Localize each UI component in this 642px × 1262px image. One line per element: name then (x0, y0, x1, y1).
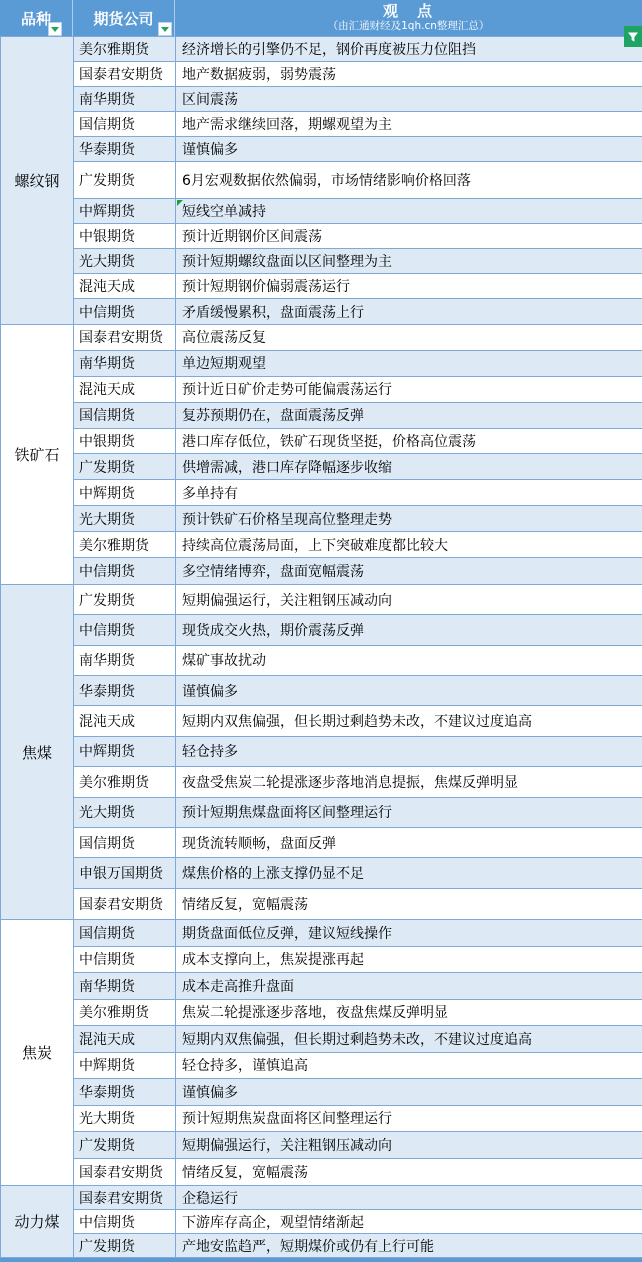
company-cell[interactable]: 华泰期货 (74, 137, 176, 161)
viewpoint-cell[interactable]: 轻仓持多 (176, 737, 642, 766)
table-row: 华泰期货谨慎偏多 (74, 676, 642, 706)
viewpoint-cell[interactable]: 短期内双焦偏强，但长期过剩趋势未改，不建议过度追高 (176, 706, 642, 735)
table-row: 中辉期货轻仓持多，谨慎追高 (74, 1053, 642, 1080)
table-row: 国泰君安期货高位震荡反复 (74, 325, 642, 351)
category-label: 动力煤 (14, 1211, 59, 1232)
table-row: 广发期货6月宏观数据依然偏弱，市场情绪影响价格回落 (74, 162, 642, 199)
viewpoint-cell[interactable]: 成本支撑向上，焦炭提涨再起 (176, 947, 642, 973)
company-cell[interactable]: 美尔雅期货 (74, 37, 176, 61)
table-body: 螺纹钢美尔雅期货经济增长的引擎仍不足，钢价再度被压力位阻挡国泰君安期货地产数据疲… (0, 37, 642, 1258)
chevron-down-icon (161, 27, 169, 32)
viewpoint-cell[interactable]: 预计短期钢价偏弱震荡运行 (176, 274, 642, 298)
company-cell[interactable]: 广发期货 (74, 1132, 176, 1158)
viewpoint-cell[interactable]: 单边短期观望 (176, 351, 642, 376)
company-filter-dropdown-icon[interactable] (158, 22, 172, 36)
viewpoint-cell[interactable]: 多单持有 (176, 480, 642, 505)
table-row: 光大期货预计短期焦煤盘面将区间整理运行 (74, 798, 642, 828)
company-cell[interactable]: 南华期货 (74, 646, 176, 675)
table-row: 华泰期货谨慎偏多 (74, 1079, 642, 1106)
company-cell[interactable]: 中信期货 (74, 558, 176, 584)
company-cell[interactable]: 光大期货 (74, 506, 176, 531)
viewpoint-cell[interactable]: 成本走高推升盘面 (176, 973, 642, 999)
viewpoint-cell[interactable]: 预计短期焦煤盘面将区间整理运行 (176, 798, 642, 827)
viewpoint-cell[interactable]: 轻仓持多，谨慎追高 (176, 1053, 642, 1079)
company-cell[interactable]: 美尔雅期货 (74, 1000, 176, 1026)
company-cell[interactable]: 混沌天成 (74, 706, 176, 735)
company-cell[interactable]: 光大期货 (74, 798, 176, 827)
table-row: 光大期货预计短期螺纹盘面以区间整理为主 (74, 249, 642, 274)
table-row: 中信期货下游库存高企，观望情绪渐起 (74, 1210, 642, 1234)
table-row: 广发期货短期偏强运行，关注粗钢压减动向 (74, 1132, 642, 1159)
table-row: 混沌天成预计短期钢价偏弱震荡运行 (74, 274, 642, 299)
company-cell[interactable]: 申银万国期货 (74, 858, 176, 887)
category-label: 焦炭 (22, 1042, 52, 1063)
commodity-section: 动力煤国泰君安期货企稳运行中信期货下游库存高企，观望情绪渐起广发期货产地安监趋严… (0, 1186, 642, 1258)
company-cell[interactable]: 华泰期货 (74, 1079, 176, 1105)
section-rows: 国信期货期货盘面低位反弹，建议短线操作中信期货成本支撑向上，焦炭提涨再起南华期货… (74, 920, 642, 1185)
section-rows: 国泰君安期货企稳运行中信期货下游库存高企，观望情绪渐起广发期货产地安监趋严，短期… (74, 1186, 642, 1257)
company-cell[interactable]: 中辉期货 (74, 737, 176, 766)
header-cell-view: 观 点 （由汇通财经及1qh.cn整理汇总） (175, 0, 642, 36)
company-cell[interactable]: 国信期货 (74, 828, 176, 857)
table-row: 中银期货预计近期钢价区间震荡 (74, 224, 642, 249)
view-column-subtitle: （由汇通财经及1qh.cn整理汇总） (328, 21, 490, 32)
viewpoint-cell[interactable]: 高位震荡反复 (176, 325, 642, 350)
section-rows: 美尔雅期货经济增长的引擎仍不足，钢价再度被压力位阻挡国泰君安期货地产数据疲弱，弱… (74, 37, 642, 324)
table-row: 美尔雅期货经济增长的引擎仍不足，钢价再度被压力位阻挡 (74, 37, 642, 62)
table-row: 美尔雅期货焦炭二轮提涨逐步落地，夜盘焦煤反弹明显 (74, 1000, 642, 1027)
table-row: 光大期货预计铁矿石价格呈现高位整理走势 (74, 506, 642, 532)
section-rows: 广发期货短期偏强运行，关注粗钢压减动向中信期货现货成交火热，期价震荡反弹南华期货… (74, 585, 642, 919)
table-row: 广发期货短期偏强运行，关注粗钢压减动向 (74, 585, 642, 615)
company-cell[interactable]: 光大期货 (74, 1106, 176, 1132)
viewpoint-cell[interactable]: 情绪反复，宽幅震荡 (176, 889, 642, 919)
company-cell[interactable]: 中信期货 (74, 299, 176, 324)
table-row: 中辉期货短线空单减持 (74, 199, 642, 224)
company-cell[interactable]: 广发期货 (74, 162, 176, 198)
table-row: 国泰君安期货企稳运行 (74, 1186, 642, 1210)
table-row: 国泰君安期货地产数据疲弱，弱势震荡 (74, 62, 642, 87)
company-cell[interactable]: 华泰期货 (74, 676, 176, 705)
table-row: 广发期货供增需减，港口库存降幅逐步收缩 (74, 454, 642, 480)
company-cell[interactable]: 中银期货 (74, 224, 176, 248)
table-row: 混沌天成预计近日矿价走势可能偏震荡运行 (74, 377, 642, 403)
category-cell[interactable]: 焦煤 (1, 585, 74, 919)
table-row: 申银万国期货煤焦价格的上涨支撑仍显不足 (74, 858, 642, 888)
viewpoint-cell[interactable]: 地产数据疲弱，弱势震荡 (176, 62, 642, 86)
viewpoint-cell[interactable]: 预计近期钢价区间震荡 (176, 224, 642, 248)
viewpoint-cell[interactable]: 下游库存高企，观望情绪渐起 (176, 1210, 642, 1233)
company-cell[interactable]: 国泰君安期货 (74, 62, 176, 86)
viewpoint-cell[interactable]: 煤矿事故扰动 (176, 646, 642, 675)
company-cell[interactable]: 国泰君安期货 (74, 1159, 176, 1186)
category-cell[interactable]: 焦炭 (1, 920, 74, 1185)
table-row: 中辉期货多单持有 (74, 480, 642, 506)
company-cell[interactable]: 中辉期货 (74, 480, 176, 505)
company-cell[interactable]: 南华期货 (74, 87, 176, 111)
table-row: 南华期货成本走高推升盘面 (74, 973, 642, 1000)
category-label: 焦煤 (22, 742, 52, 763)
company-cell[interactable]: 南华期货 (74, 351, 176, 376)
table-row: 国信期货现货流转顺畅，盘面反弹 (74, 828, 642, 858)
viewpoint-cell[interactable]: 煤焦价格的上涨支撑仍显不足 (176, 858, 642, 887)
viewpoint-cell[interactable]: 现货流转顺畅，盘面反弹 (176, 828, 642, 857)
viewpoint-cell[interactable]: 区间震荡 (176, 87, 642, 111)
viewpoint-cell[interactable]: 持续高位震荡局面，上下突破难度都比较大 (176, 532, 642, 557)
viewpoint-cell[interactable]: 多空情绪博弈，盘面宽幅震荡 (176, 558, 642, 584)
company-cell[interactable]: 美尔雅期货 (74, 767, 176, 796)
table-row: 国信期货地产需求继续回落，期螺观望为主 (74, 112, 642, 137)
section-rows: 国泰君安期货高位震荡反复南华期货单边短期观望混沌天成预计近日矿价走势可能偏震荡运… (74, 325, 642, 584)
company-cell[interactable]: 中信期货 (74, 947, 176, 973)
company-cell[interactable]: 光大期货 (74, 249, 176, 273)
company-cell[interactable]: 中信期货 (74, 1210, 176, 1233)
company-cell[interactable]: 广发期货 (74, 585, 176, 614)
table-row: 混沌天成短期内双焦偏强，但长期过剩趋势未改，不建议过度追高 (74, 1026, 642, 1053)
company-cell[interactable]: 国信期货 (74, 920, 176, 946)
category-cell[interactable]: 螺纹钢 (1, 37, 74, 324)
company-cell[interactable]: 中银期货 (74, 429, 176, 454)
table-row: 中信期货成本支撑向上，焦炭提涨再起 (74, 947, 642, 974)
viewpoint-cell[interactable]: 6月宏观数据依然偏弱，市场情绪影响价格回落 (176, 162, 642, 198)
table-row: 中信期货现货成交火热，期价震荡反弹 (74, 615, 642, 645)
viewpoint-cell[interactable]: 现货成交火热，期价震荡反弹 (176, 615, 642, 644)
variety-filter-dropdown-icon[interactable] (48, 22, 62, 36)
table-row: 中信期货矛盾缓慢累积，盘面震荡上行 (74, 299, 642, 324)
company-cell[interactable]: 南华期货 (74, 973, 176, 999)
table-row: 中信期货多空情绪博弈，盘面宽幅震荡 (74, 558, 642, 584)
viewpoint-cell[interactable]: 谨慎偏多 (176, 137, 642, 161)
viewpoint-cell[interactable]: 夜盘受焦炭二轮提涨逐步落地消息提振，焦煤反弹明显 (176, 767, 642, 796)
table-row: 中银期货港口库存低位，铁矿石现货坚挺，价格高位震荡 (74, 429, 642, 455)
table-row: 国信期货复苏预期仍在，盘面震荡反弹 (74, 403, 642, 429)
commodity-section: 螺纹钢美尔雅期货经济增长的引擎仍不足，钢价再度被压力位阻挡国泰君安期货地产数据疲… (0, 37, 642, 325)
table-row: 美尔雅期货持续高位震荡局面，上下突破难度都比较大 (74, 532, 642, 558)
viewpoint-cell[interactable]: 期货盘面低位反弹，建议短线操作 (176, 920, 642, 946)
company-cell[interactable]: 国泰君安期货 (74, 889, 176, 919)
viewpoint-cell[interactable]: 企稳运行 (176, 1186, 642, 1209)
viewpoint-cell[interactable]: 供增需减，港口库存降幅逐步收缩 (176, 454, 642, 479)
viewpoint-cell[interactable]: 复苏预期仍在，盘面震荡反弹 (176, 403, 642, 428)
header-cell-variety[interactable]: 品种 (0, 0, 73, 36)
table-row: 华泰期货谨慎偏多 (74, 137, 642, 162)
viewpoint-cell[interactable]: 短期偏强运行，关注粗钢压减动向 (176, 585, 642, 614)
category-label: 螺纹钢 (14, 170, 59, 191)
viewpoint-cell[interactable]: 经济增长的引擎仍不足，钢价再度被压力位阻挡 (176, 37, 642, 61)
company-cell[interactable]: 广发期货 (74, 1234, 176, 1257)
next-table-header-edge (0, 1258, 642, 1262)
header-company-label: 期货公司 (93, 8, 153, 29)
company-cell[interactable]: 国泰君安期货 (74, 325, 176, 350)
table-row: 光大期货预计短期焦炭盘面将区间整理运行 (74, 1106, 642, 1133)
viewpoint-cell[interactable]: 矛盾缓慢累积，盘面震荡上行 (176, 299, 642, 324)
header-variety-label: 品种 (21, 8, 51, 29)
table-row: 国泰君安期货情绪反复，宽幅震荡 (74, 1159, 642, 1186)
company-cell[interactable]: 国信期货 (74, 403, 176, 428)
chevron-down-icon (51, 27, 59, 32)
table-row: 国信期货期货盘面低位反弹，建议短线操作 (74, 920, 642, 947)
commodity-section: 焦煤广发期货短期偏强运行，关注粗钢压减动向中信期货现货成交火热，期价震荡反弹南华… (0, 585, 642, 920)
company-cell[interactable]: 中辉期货 (74, 199, 176, 223)
table-row: 美尔雅期货夜盘受焦炭二轮提涨逐步落地消息提振，焦煤反弹明显 (74, 767, 642, 797)
viewpoint-cell[interactable]: 短线空单减持 (176, 199, 642, 223)
table-row: 南华期货煤矿事故扰动 (74, 646, 642, 676)
table-row: 国泰君安期货情绪反复，宽幅震荡 (74, 889, 642, 919)
viewpoint-cell[interactable]: 情绪反复，宽幅震荡 (176, 1159, 642, 1186)
viewpoint-cell[interactable]: 短期偏强运行，关注粗钢压减动向 (176, 1132, 642, 1158)
viewpoint-cell[interactable]: 地产需求继续回落，期螺观望为主 (176, 112, 642, 136)
company-cell[interactable]: 中信期货 (74, 615, 176, 644)
company-cell[interactable]: 中辉期货 (74, 1053, 176, 1079)
table-row: 中辉期货轻仓持多 (74, 737, 642, 767)
viewpoint-cell[interactable]: 产地安监趋严，短期煤价或仍有上行可能 (176, 1234, 642, 1257)
viewpoint-cell[interactable]: 谨慎偏多 (176, 676, 642, 705)
table-row: 南华期货区间震荡 (74, 87, 642, 112)
company-cell[interactable]: 美尔雅期货 (74, 532, 176, 557)
category-cell[interactable]: 铁矿石 (1, 325, 74, 584)
table-row: 广发期货产地安监趋严，短期煤价或仍有上行可能 (74, 1234, 642, 1257)
viewpoint-cell[interactable]: 谨慎偏多 (176, 1079, 642, 1105)
viewpoint-cell[interactable]: 焦炭二轮提涨逐步落地，夜盘焦煤反弹明显 (176, 1000, 642, 1026)
green-corner-marker-icon (177, 200, 183, 206)
category-label: 铁矿石 (14, 444, 59, 465)
company-cell[interactable]: 国信期货 (74, 112, 176, 136)
company-cell[interactable]: 混沌天成 (74, 1026, 176, 1052)
commodity-section: 铁矿石国泰君安期货高位震荡反复南华期货单边短期观望混沌天成预计近日矿价走势可能偏… (0, 325, 642, 585)
category-cell[interactable]: 动力煤 (1, 1186, 74, 1257)
viewpoint-cell[interactable]: 预计短期焦炭盘面将区间整理运行 (176, 1106, 642, 1132)
company-cell[interactable]: 混沌天成 (74, 274, 176, 298)
table-row: 混沌天成短期内双焦偏强，但长期过剩趋势未改，不建议过度追高 (74, 706, 642, 736)
company-cell[interactable]: 混沌天成 (74, 377, 176, 402)
viewpoint-cell[interactable]: 预计铁矿石价格呈现高位整理走势 (176, 506, 642, 531)
futures-views-table: 品种 期货公司 观 点 （由汇通财经及1qh.cn整理汇总） 螺纹钢美尔雅期货经… (0, 0, 642, 1262)
viewpoint-cell[interactable]: 港口库存低位，铁矿石现货坚挺，价格高位震荡 (176, 429, 642, 454)
viewpoint-cell[interactable]: 短期内双焦偏强，但长期过剩趋势未改，不建议过度追高 (176, 1026, 642, 1052)
view-column-title: 观 点 (383, 4, 434, 20)
viewpoint-cell[interactable]: 预计短期螺纹盘面以区间整理为主 (176, 249, 642, 273)
table-header: 品种 期货公司 观 点 （由汇通财经及1qh.cn整理汇总） (0, 0, 642, 37)
commodity-section: 焦炭国信期货期货盘面低位反弹，建议短线操作中信期货成本支撑向上，焦炭提涨再起南华… (0, 920, 642, 1186)
viewpoint-cell[interactable]: 预计近日矿价走势可能偏震荡运行 (176, 377, 642, 402)
header-cell-company[interactable]: 期货公司 (73, 0, 175, 36)
table-row: 南华期货单边短期观望 (74, 351, 642, 377)
company-cell[interactable]: 广发期货 (74, 454, 176, 479)
company-cell[interactable]: 国泰君安期货 (74, 1186, 176, 1209)
